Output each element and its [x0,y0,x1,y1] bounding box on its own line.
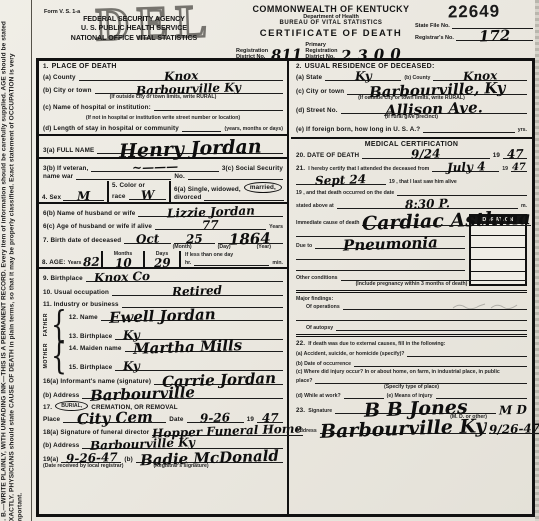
agency-line-3: NATIONAL OFFICE VITAL STATISTICS [44,34,224,43]
mother-bp-value: Ky [123,360,140,373]
birth-date-label: 7. Birth date of deceased [43,237,121,244]
left-column: 1.PLACE OF DEATH (a) CountyKnox (b) City… [39,61,289,514]
title-block: COMMONWEALTH OF KENTUCKY Department of H… [226,4,436,39]
veteran-label: 3(b) If veteran, [43,165,88,172]
certify-number: 21. [296,165,305,172]
burial-number: 17. [43,404,52,411]
residence-city-blank: Barbourville, Ky [347,83,527,95]
birthplace-value: Knox Co [94,270,150,284]
scan-edge [535,0,539,521]
mother-block: MOTHER { 14. Maiden nameMartha Mills 15.… [43,340,283,371]
age-hr-blank [194,258,269,266]
external-a-blank [407,349,527,357]
mother-brace: { [51,337,67,375]
residence-number: 2. [296,63,302,70]
physician-addr-label: Address [296,428,317,434]
certify-line-1: I hereby certify that I attended the dec… [308,166,429,172]
spouse-age-value: 77 [202,219,219,232]
full-name-label: 3(a) FULL NAME [43,147,94,154]
marital-blank [204,193,284,201]
duration-cell [471,236,525,248]
date-of-death-blank: 9/24 [362,148,489,159]
year-caption: (Year) [257,244,271,250]
due-to-blank: Pneumonia [315,237,465,249]
physician-number: 23. [296,407,305,414]
street-blank: Allison Ave. [341,102,527,114]
physician-addr-value: Barbourville Ky [319,417,486,442]
section-divider [296,333,527,337]
age-row: 8. AGE: Years 82 Months10 Days29 If less… [39,251,287,269]
director-addr-label: (b) Address [43,442,79,449]
race-label2: race [112,193,126,200]
state-file-label: State File No. [415,23,450,29]
file-number-block: 22649 State File No. Registrar's No. 172 [415,2,533,41]
spouse-age-unit: Years [269,224,283,230]
informant-addr-blank: Barbourville [82,387,283,399]
registrar-date-blank: 9-26-47 [61,452,121,463]
hospital-caption: (If not in hospital or institution write… [43,115,283,121]
age-label: 8. AGE: [42,259,66,266]
residence-state-blank: Ky [325,70,401,81]
certify-hour-value: 8:30 P. [405,197,450,211]
age-min-label: min. [272,260,283,266]
physician-sig-blank: B B Jones [335,400,496,414]
father-name-blank: Ewell Jordan [101,309,283,321]
day-caption: (Day) [218,244,231,250]
father-side-label: FATHER [43,313,49,336]
external-b-label: (b) Date of occurrence [296,361,351,367]
right-column: 2.USUAL RESIDENCE OF DECEASED: (a) State… [291,61,532,514]
residence-county-label: (b) County [404,75,430,81]
certify-l3-blank [397,188,527,196]
city-label: (b) City or town [43,87,92,94]
stay-label: (d) Length of stay in hospital or commun… [43,125,179,132]
birthplace-blank: Knox Co [86,271,283,282]
date-of-death-label: 20. DATE OF DEATH [296,152,359,159]
faint-pencil-mark [451,301,521,311]
external-c-caption: (Specify type of place) [296,384,527,390]
age-months-value: 10 [114,257,131,270]
mother-side-label: MOTHER [43,343,49,368]
margin-instructions: N. B.—WRITE PLAINLY, WITH UNFADING INK—T… [1,21,31,521]
dod-year-prefix: 19 [493,152,500,159]
certificate-header: DEL Form V. S. 1-a FEDERAL SECURITY AGEN… [36,2,535,56]
state-file-number-stamp: 22649 [415,1,533,23]
spouse-blank: Lizzie Jordan [138,206,283,217]
street-label: (d) Street No. [296,107,338,114]
certify-to-blank: Sept 24 [296,174,386,185]
certify-hour-blank: 8:30 P. [337,198,518,209]
certify-from-blank: July 4 [432,161,499,172]
foreign-label: (e) If foreign born, how long in U. S. A… [296,126,420,133]
burial-date-label: Date [169,416,183,423]
margin-divider [31,0,32,521]
place-of-death-title: PLACE OF DEATH [52,63,117,70]
father-bp-label: 13. Birthplace [69,333,112,340]
certify-from-year-blank: 47 [511,163,527,172]
agency-line-2: U. S. PUBLIC HEALTH SERVICE [44,24,224,33]
registrar-sig-blank: Badie McDonald [136,451,283,463]
veteran-label2: name war [43,173,73,180]
marital-circled-value: married, [244,182,282,193]
blank-rule [296,310,527,321]
date-of-death-value: 9/24 [411,147,441,160]
residence-state-value: Ky [355,70,372,83]
birth-month-blank: Oct [124,233,171,244]
registrar-b-label: (b) [124,456,133,463]
of-autopsy-blank [336,323,527,331]
external-d-label: (d) While at work? [296,393,341,399]
other-conditions-blank [341,273,528,281]
mother-name-label: 14. Maiden name [69,345,122,352]
other-conditions-label: Other conditions [296,275,338,281]
director-blank: Hopper Funeral Home [152,425,302,436]
certify-from-year: 47 [512,163,526,173]
age-days-value: 29 [153,257,170,270]
spouse-age-label: 6(c) Age of husband or wife if alive [43,223,152,230]
immediate-cause-label: Immediate cause of death [296,220,359,226]
blank-rule [296,260,465,271]
certify-line-4: stated above at [296,203,334,209]
occupation-label: 10. Usual occupation [43,289,109,296]
of-autopsy-label: Of autopsy [306,325,333,331]
stay-blank [182,124,222,132]
certify-pre1: 19 [502,166,508,172]
mother-name-value: Martha Mills [132,338,242,357]
dod-year-value: 47 [506,148,523,161]
marital-label: 6(a) Single, widowed, [174,186,241,193]
external-number: 22. [296,340,305,347]
external-c2-label: place? [296,378,312,384]
registrar-no-value: 172 [479,28,511,44]
hospital-blank [154,103,283,111]
immediate-cause-blank: Cardiac Asthma [362,212,531,226]
dod-year-blank: 47 [503,148,527,159]
city-value: Barbourville Ky [136,81,241,97]
duration-cell [471,260,525,272]
marital-label2: divorced [174,194,201,201]
street-value: Allison Ave. [385,100,483,118]
due-to-value: Pneumonia [342,235,437,253]
sex-label: 4. Sex [42,194,61,201]
section-divider [296,289,527,293]
mother-name-blank: Martha Mills [125,340,283,352]
sex-value: M [77,190,91,202]
burial-date-blank: 9-26 [187,412,244,423]
physician-addr-blank: Barbourville Ky [320,420,486,434]
burial-date-value: 9-26 [200,411,230,424]
issuing-agency-block: Form V. S. 1-a FEDERAL SECURITY AGENCY U… [44,9,224,43]
certify-line-2: 19 , that I last saw him alive [389,179,457,185]
father-block: FATHER { 12. NameEwell Jordan 13. Birthp… [43,309,283,340]
age-years-label: Years [68,260,82,266]
cause-of-death-section: DURATION Immediate cause of deathCardiac… [296,212,527,271]
sex-blank: M [63,190,104,201]
commonwealth-title: COMMONWEALTH OF KENTUCKY [226,4,436,14]
informant-label: 16(a) Informant's name (signature) [43,378,151,385]
certify-from-value: July 4 [446,160,485,173]
hospital-label: (c) Name of hospital or institution: [43,104,151,111]
registrar-sig-caption: (Registrar's signature) [153,463,208,469]
spouse-label: 6(b) Name of husband or wife [43,210,135,217]
certificate-title: CERTIFICATE OF DEATH [226,28,436,39]
county-blank: Knox [79,70,283,81]
burial-place-blank: City Cem [63,411,166,423]
full-name-value: Henry Jordan [119,138,262,162]
county-value: Knox [163,69,198,82]
ssn-blank [188,172,283,180]
yrs-label: yrs. [518,127,527,133]
external-a-label: (a) Accident, suicide, or homicide (spec… [296,351,404,357]
age-years-value: 82 [83,256,100,269]
veteran-blank: ~——— [91,161,218,172]
residence-state-label: (a) State [296,74,322,81]
physician-date-blank: 9/26-47 [489,423,539,434]
occupation-blank: Retired [112,285,283,296]
certify-line-3: 19 , and that death occurred on the date [296,190,394,196]
of-operations-blank [343,302,527,310]
registrar-received-label: 19(a) [43,456,58,463]
burial-place-label: Place [43,416,60,423]
death-certificate-scan: N. B.—WRITE PLAINLY, WITH UNFADING INK—T… [0,0,539,521]
external-b-blank [354,359,527,367]
physician-date-value: 9/26-47 [489,422,539,436]
registrar-date-caption: (Date received by local registrar) [43,463,123,469]
ssn-label: 3(c) Social Security [222,165,283,172]
father-name-value: Ewell Jordan [109,307,216,326]
director-label: 18(a) Signature of funeral director [43,429,149,436]
informant-addr-label: (b) Address [43,392,79,399]
age-hr-label: hr. [185,260,191,266]
place-of-death-number: 1. [43,63,49,70]
father-name-label: 12. Name [69,314,98,321]
foreign-blank [423,125,514,133]
duration-cell [471,248,525,260]
external-intro: If death was due to external causes, fil… [308,341,445,347]
month-caption: (Month) [173,244,192,250]
spouse-age-blank: 77 [155,219,266,230]
residence-city-label: (c) City or town [296,88,344,95]
external-d-blank [344,391,384,399]
birth-year-blank: 1864 [218,232,283,244]
county-label: (a) County [43,74,76,81]
certificate-form: 1.PLACE OF DEATH (a) CountyKnox (b) City… [36,58,535,517]
of-operations-label: Of operations [306,304,340,310]
due-to-label: Due to [296,243,312,249]
birth-day-blank: 25 [174,233,214,244]
race-value: W [140,189,154,201]
sex-race-marital-row: 4. SexM 5. Color or raceW 6(a) Single, w… [39,181,287,204]
agency-line-1: FEDERAL SECURITY AGENCY [44,15,224,24]
race-blank: W [129,189,166,200]
registrar-no-blank: 172 [456,29,533,41]
stay-caption: (years, months or days) [224,126,283,132]
external-c-blank [315,376,527,384]
certify-to-value: Sept 24 [315,173,367,187]
veteran-blank2 [76,172,171,180]
bureau-line: BUREAU OF VITAL STATISTICS [226,20,436,26]
registrar-no-label: Registrar's No. [415,35,454,41]
burial-year-prefix: 19 [247,416,254,423]
birthplace-label: 9. Birthplace [43,275,83,282]
external-c-label: (c) Where did injury occur? In or about … [296,369,500,376]
full-name-blank: Henry Jordan [97,140,283,154]
mother-bp-label: 15. Birthplace [69,364,112,371]
ssn-label2: No. [174,173,185,180]
occupation-value: Retired [172,284,222,298]
city-blank: Barbourville Ky [95,83,283,94]
